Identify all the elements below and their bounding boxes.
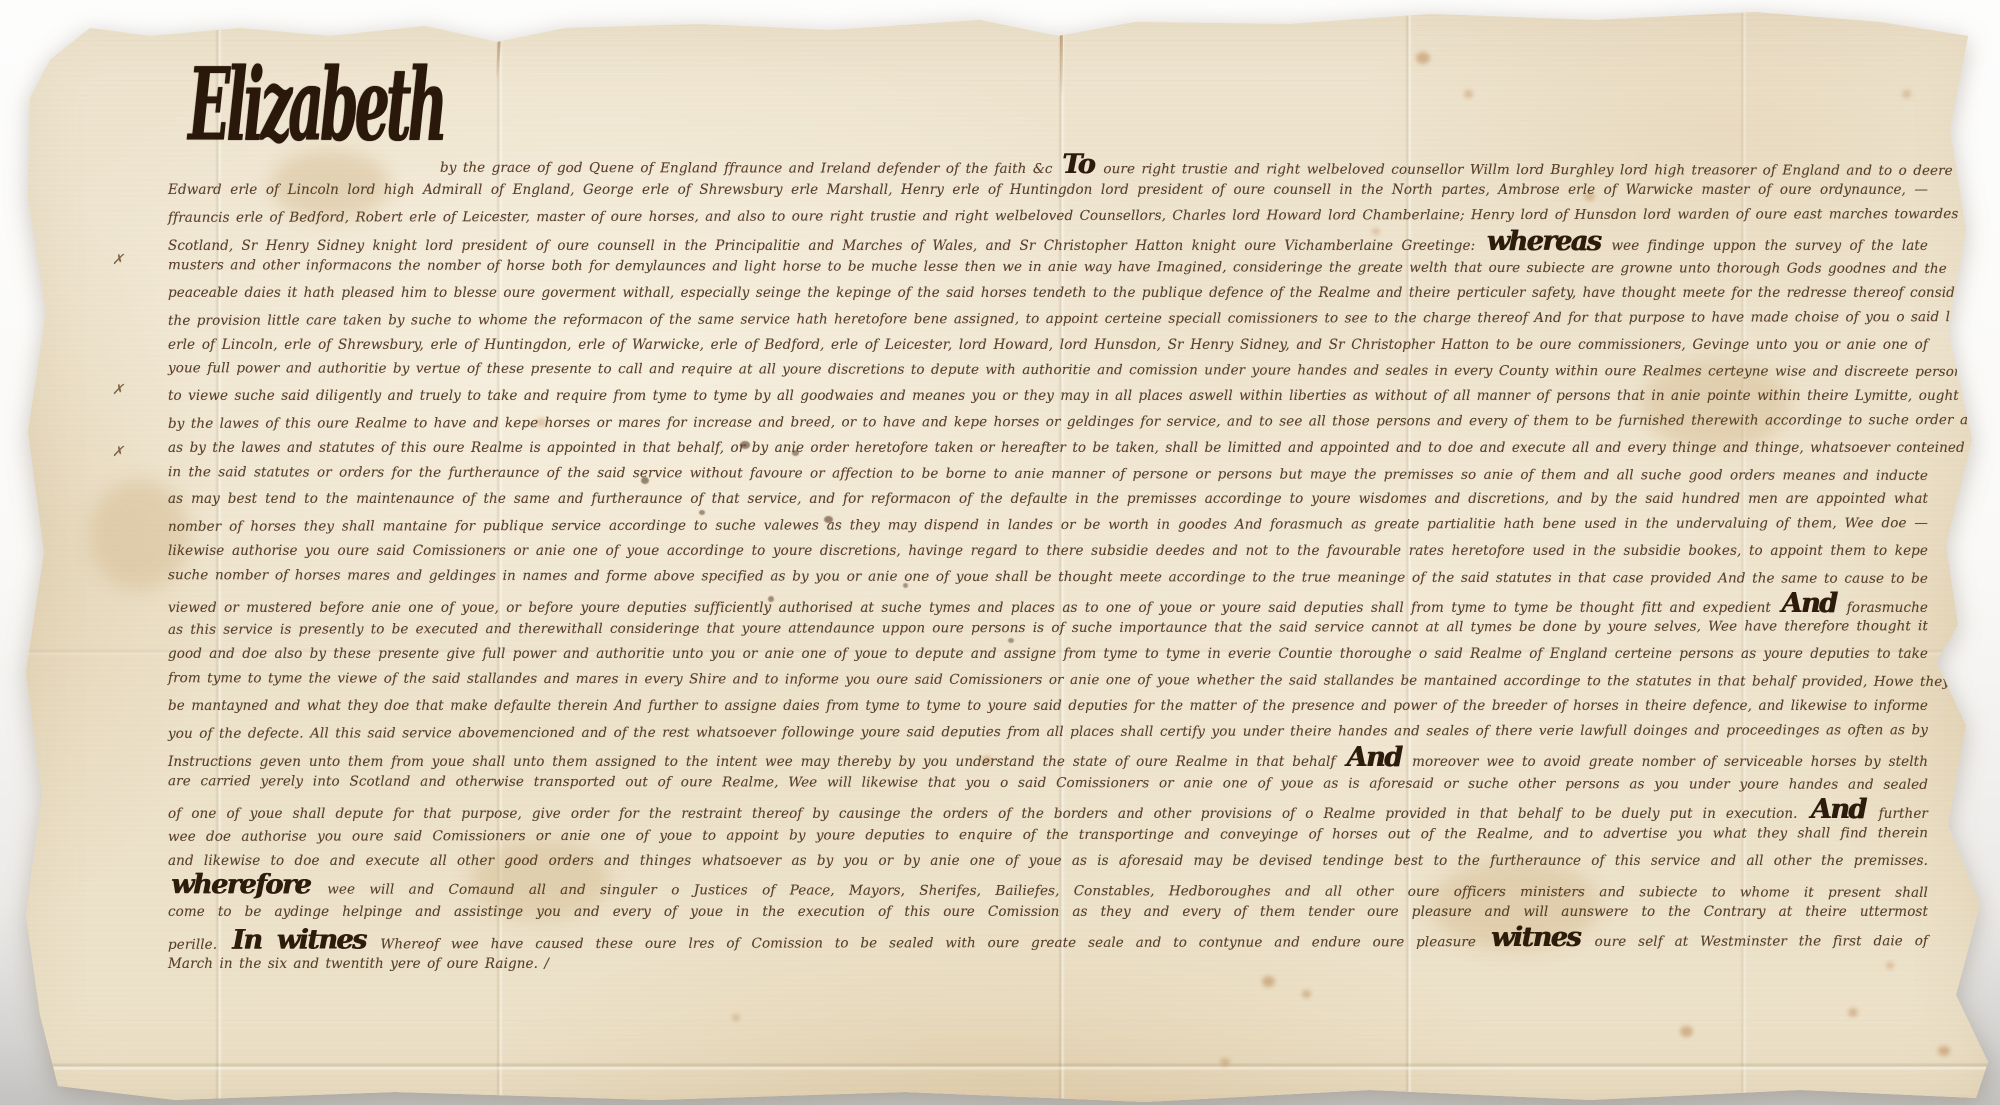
manuscript-line: nomber of horses they shall mantaine for… <box>168 511 1928 540</box>
manuscript-line: peaceable daies it hath pleased him to b… <box>168 281 1928 307</box>
manuscript-text: likewise authorise you oure said Comissi… <box>168 543 1928 559</box>
emphasized-word: In witnes <box>229 924 369 955</box>
manuscript-line: in the said statutes or orders for the f… <box>168 460 1928 489</box>
manuscript-text: to viewe suche said diligently and truel… <box>168 388 1959 404</box>
manuscript-text: you of the defecte. All this said servic… <box>168 722 1928 742</box>
manuscript-line: by the lawes of this oure Realme to have… <box>168 408 1928 437</box>
manuscript-text: nomber of horses they shall mantaine for… <box>168 515 1928 535</box>
manuscript-text: come to be aydinge helpinge and assistin… <box>168 904 1928 920</box>
stain-spot <box>1680 1026 1693 1037</box>
manuscript-line: by the grace of god Quene of England ffr… <box>168 150 1928 179</box>
manuscript-line: wherefore wee will and Comaund all and s… <box>168 872 1928 901</box>
manuscript-text: March in the six and twentith yere of ou… <box>168 956 549 972</box>
emphasized-word: whereas <box>1484 226 1604 257</box>
manuscript-line: you of the defecte. All this said servic… <box>168 718 1928 747</box>
manuscript-line: to viewe suche said diligently and truel… <box>168 384 1928 410</box>
margin-mark: ✗ <box>112 382 124 398</box>
manuscript-line: Scotland, Sr Henry Sidney knight lord pr… <box>168 229 1928 255</box>
royal-initial-word: Elizabeth <box>188 46 444 163</box>
manuscript-line: good and doe also by these presente give… <box>168 642 1928 668</box>
manuscript-line: and likewise to doe and execute all othe… <box>168 849 1928 875</box>
stain-spot <box>1220 1058 1230 1066</box>
manuscript-line: perille. In witnes Whereof wee have caus… <box>168 924 1928 953</box>
manuscript-line: Edward erle of Lincoln lord high Admiral… <box>168 178 1928 204</box>
emphasized-word: To <box>1059 149 1097 180</box>
manuscript-line: erle of Lincoln, erle of Shrewsbury, erl… <box>168 333 1928 359</box>
manuscript-line: as by the lawes and statutes of this our… <box>168 436 1928 462</box>
emphasized-word: witnes <box>1488 922 1583 953</box>
manuscript-line: likewise authorise you oure said Comissi… <box>168 539 1928 565</box>
manuscript-text: ffrauncis erle of Bedford, Robert erle o… <box>168 206 1958 226</box>
manuscript-text: as by the lawes and statutes of this our… <box>168 440 1965 456</box>
manuscript-line: as may best tend to the maintenaunce of … <box>168 487 1928 513</box>
manuscript-line: ffrauncis erle of Bedford, Robert erle o… <box>168 202 1928 231</box>
manuscript-text: Scotland, Sr Henry Sidney knight lord pr… <box>168 238 1484 254</box>
manuscript-text: perille. <box>168 937 229 953</box>
margin-mark: ✗ <box>112 444 124 460</box>
stain-spot <box>1416 52 1430 64</box>
manuscript-text: the provision little care taken by suche… <box>168 309 2000 329</box>
manuscript-text: oure self at Westminster the first daie … <box>1583 933 1928 950</box>
parchment-sheet: Elizabeth by the grace of god Quene of E… <box>0 0 2000 1105</box>
margin-mark: ✗ <box>112 252 124 268</box>
manuscript-text: moreover wee to avoid greate nomber of s… <box>1404 754 1928 770</box>
manuscript-text: forasmuche <box>1839 600 1928 616</box>
manuscript-text: good and doe also by these presente give… <box>168 646 1928 662</box>
manuscript-text: wee will and Comaund all and singuler o … <box>313 882 1928 901</box>
manuscript-text: youe full power and authoritie by vertue… <box>168 361 1970 381</box>
manuscript-text: and likewise to doe and execute all othe… <box>168 853 1928 869</box>
manuscript-text: Instructions geven unto them from youe s… <box>168 754 1343 770</box>
manuscript-line: wee doe authorise you oure said Comissio… <box>168 821 1928 850</box>
manuscript-line: March in the six and twentith yere of ou… <box>168 952 1928 978</box>
manuscript-line: Instructions geven unto them from youe s… <box>168 745 1928 771</box>
stain-spot <box>1848 1008 1858 1017</box>
manuscript-text: Whereof wee have caused these oure lres … <box>369 934 1488 952</box>
manuscript-line: of one of youe shall depute for that pur… <box>168 797 1928 823</box>
manuscript-text: Edward erle of Lincoln lord high Admiral… <box>168 182 1928 198</box>
manuscript-line: youe full power and authoritie by vertue… <box>168 357 1928 386</box>
stain-spot <box>1302 990 1311 998</box>
manuscript-text: wee doe authorise you oure said Comissio… <box>168 825 1928 845</box>
fold-crease-horizontal <box>0 1062 2000 1071</box>
manuscript-text: are carried yerely into Scotland and oth… <box>168 773 1928 793</box>
manuscript-line: be mantayned and what they doe that make… <box>168 694 1928 720</box>
manuscript-text: suche nomber of horses mares and gelding… <box>168 567 1928 587</box>
manuscript-line: the provision little care taken by suche… <box>168 305 1928 334</box>
manuscript-line: from tyme to tyme the viewe of the said … <box>168 666 1928 695</box>
manuscript-text: by the grace of god Quene of England ffr… <box>440 160 1059 177</box>
stain-spot <box>732 1014 740 1021</box>
manuscript-text: in the said statutes or orders for the f… <box>168 464 1928 484</box>
manuscript-line: are carried yerely into Scotland and oth… <box>168 769 1928 798</box>
manuscript-line: viewed or mustered before anie one of yo… <box>168 591 1928 617</box>
manuscript-text: of one of youe shall depute for that pur… <box>168 806 1808 822</box>
parchment-wrapper: Elizabeth by the grace of god Quene of E… <box>0 0 2000 1105</box>
photograph-of-manuscript: Elizabeth by the grace of god Quene of E… <box>0 0 2000 1105</box>
manuscript-text: musters and other informacons the nomber… <box>168 257 1947 277</box>
stain-spot <box>1464 90 1473 98</box>
tear-mark <box>1060 20 1063 98</box>
manuscript-text: as may best tend to the maintenaunce of … <box>168 491 1928 507</box>
manuscript-text: by the lawes of this oure Realme to have… <box>168 412 2000 432</box>
manuscript-text: viewed or mustered before anie one of yo… <box>168 600 1778 616</box>
stain-spot <box>1938 1046 1950 1056</box>
manuscript-text: peaceable daies it hath pleased him to b… <box>168 285 2000 301</box>
manuscript-line: musters and other informacons the nomber… <box>168 253 1928 282</box>
manuscript-body: by the grace of god Quene of England ffr… <box>168 152 1928 978</box>
manuscript-text: oure right trustie and right welbeloved … <box>1097 161 2000 179</box>
manuscript-text: as this service is presently to be execu… <box>168 619 1928 639</box>
stain-spot <box>1262 976 1275 987</box>
manuscript-text: wee findinge uppon the survey of the lat… <box>1603 238 1928 254</box>
manuscript-text: further <box>1869 806 1928 822</box>
manuscript-line: as this service is presently to be execu… <box>168 615 1928 644</box>
stain-spot <box>1902 90 1911 98</box>
emphasized-word: wherefore <box>168 869 313 900</box>
manuscript-text: from tyme to tyme the viewe of the said … <box>168 670 1950 690</box>
emphasized-word: And <box>1808 794 1869 825</box>
manuscript-line: suche nomber of horses mares and gelding… <box>168 563 1928 592</box>
manuscript-text: erle of Lincoln, erle of Shrewsbury, erl… <box>168 337 1928 353</box>
manuscript-line: come to be aydinge helpinge and assistin… <box>168 900 1928 926</box>
manuscript-text: be mantayned and what they doe that make… <box>168 698 1928 714</box>
emphasized-word: And <box>1343 742 1404 773</box>
